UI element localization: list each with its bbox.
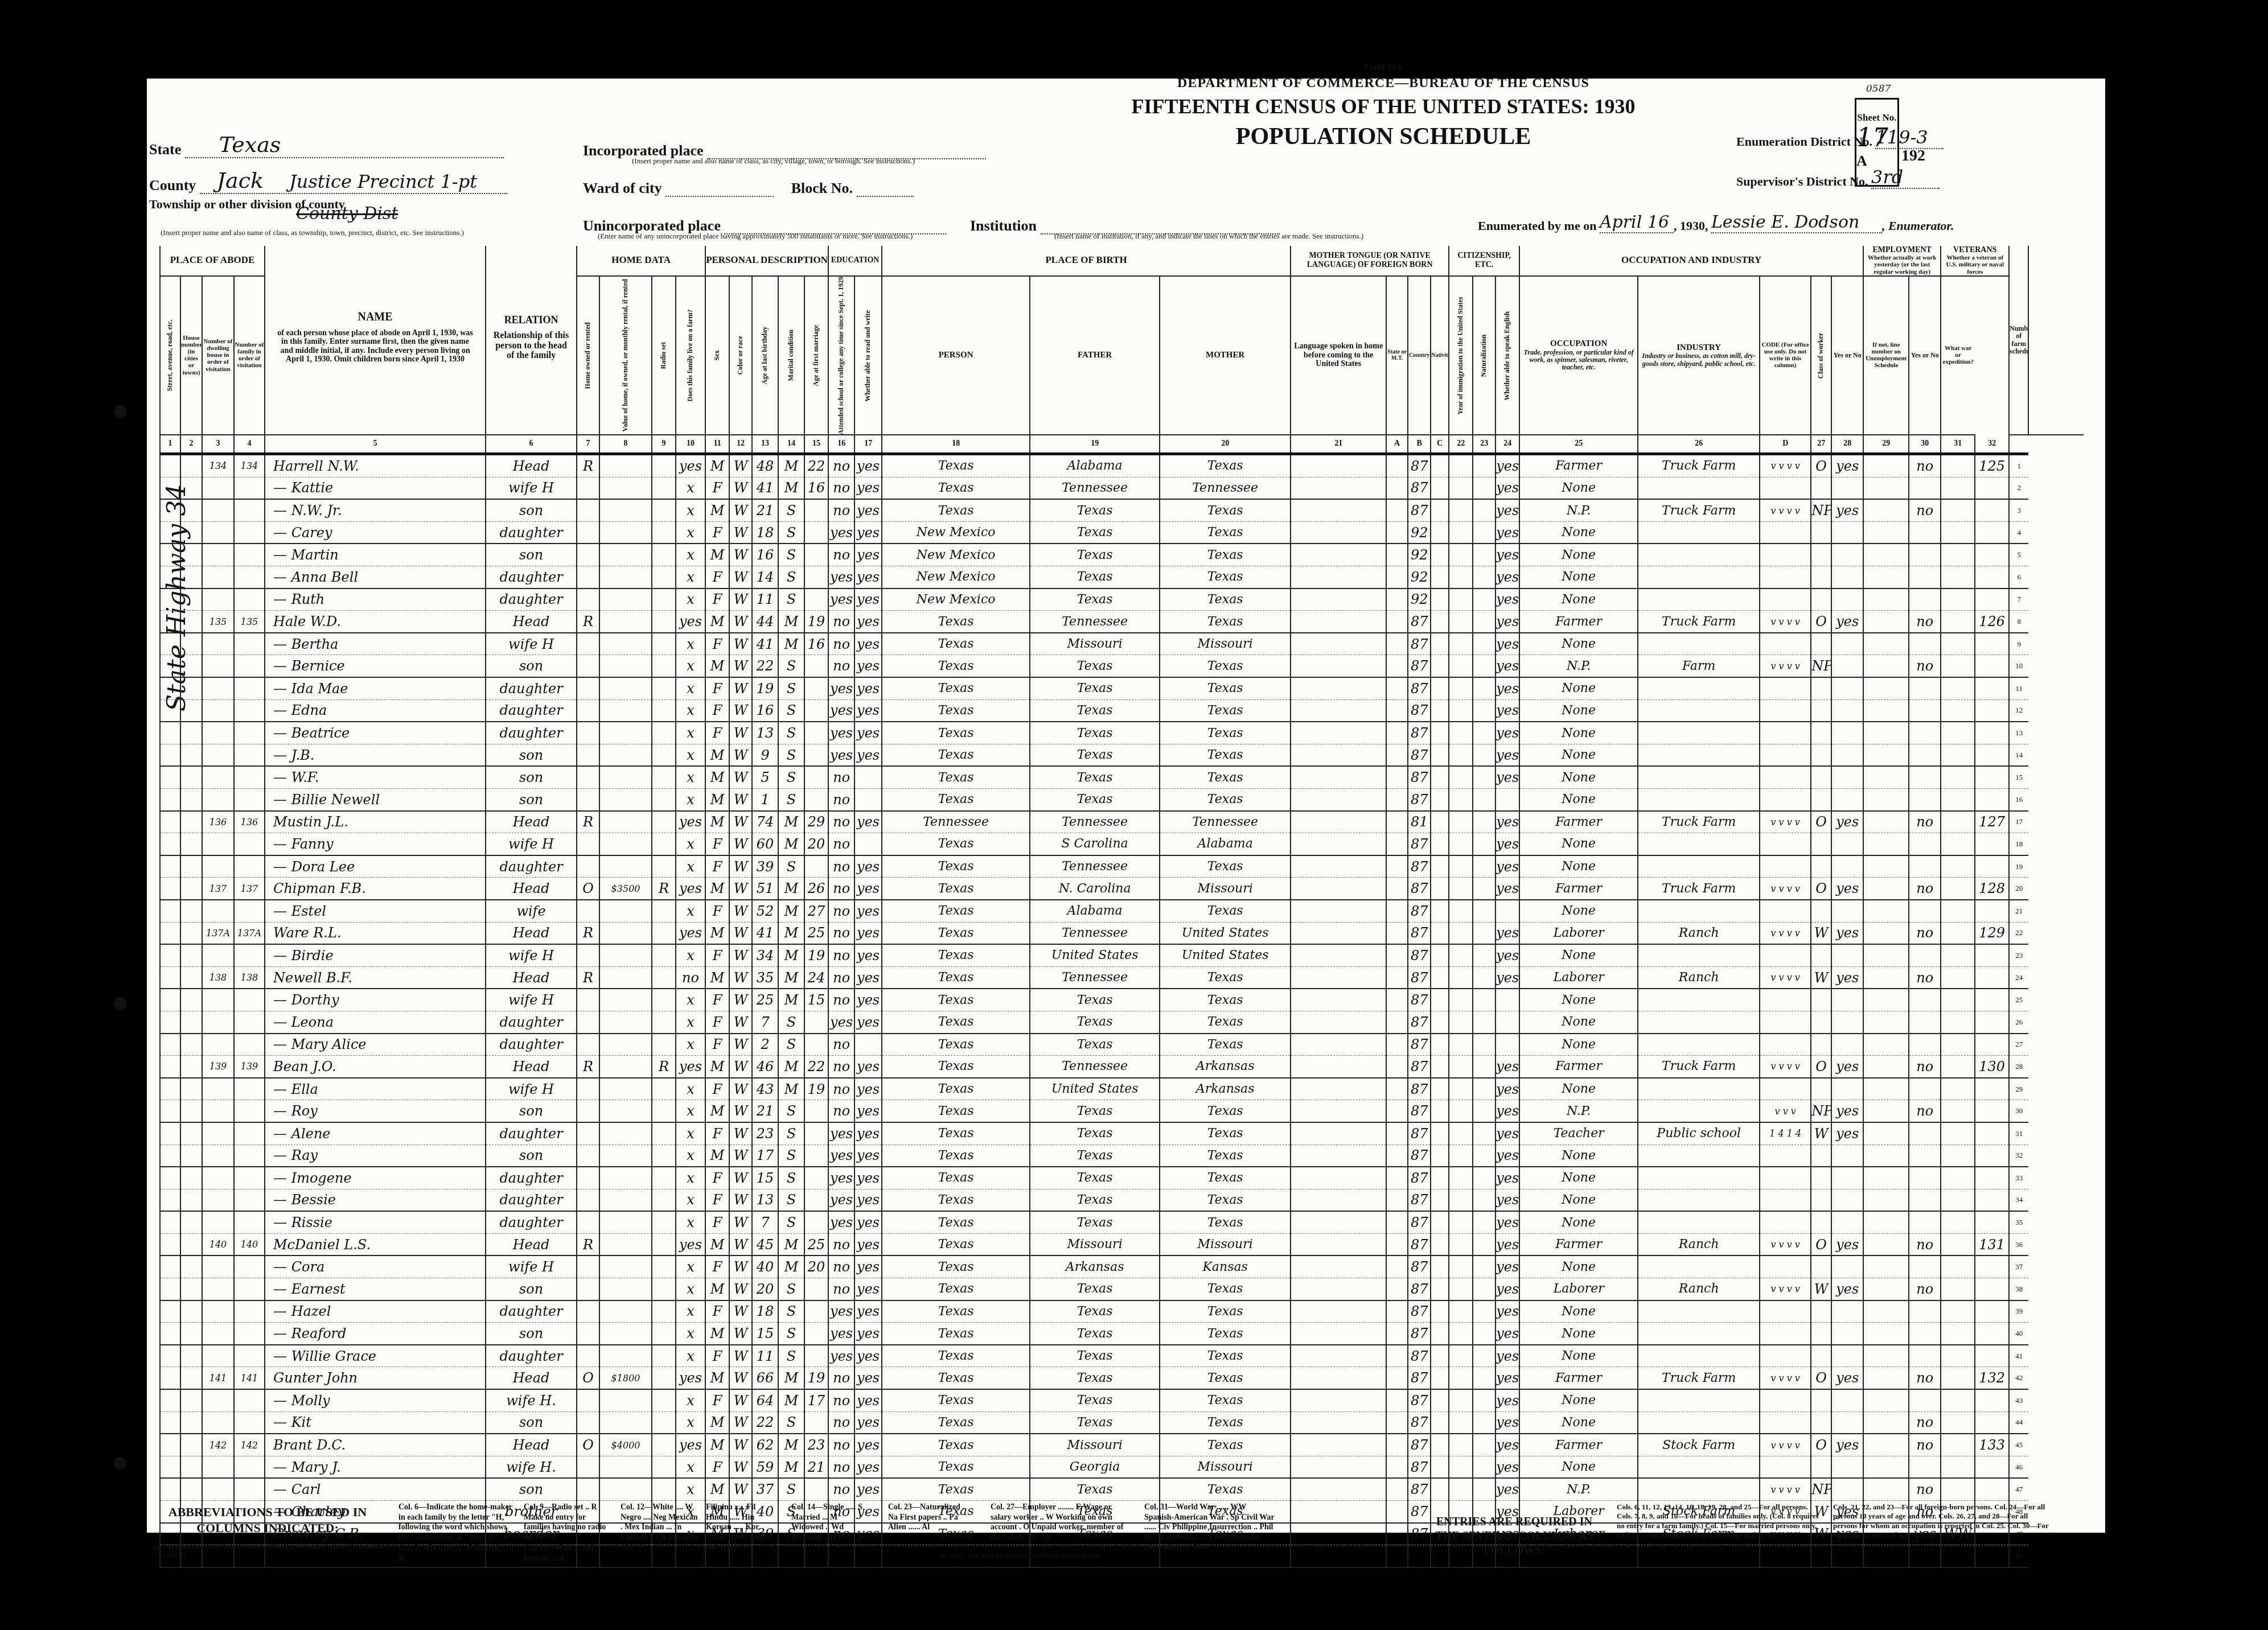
at-work-cell [1831, 833, 1863, 855]
farm-schedule-cell [1975, 633, 2009, 655]
father-birthplace-cell: Texas [1030, 699, 1160, 722]
marital-cell: M [778, 966, 804, 989]
immigration-cell [1449, 588, 1473, 611]
class-worker-cell [1811, 833, 1831, 855]
farm-cell: yes [676, 922, 705, 944]
unemployment-cell [1863, 1122, 1909, 1145]
farm-schedule-cell [1975, 833, 2009, 855]
unemployment-cell [1863, 633, 1909, 655]
birthplace-cell: Texas [882, 855, 1030, 878]
census-rows: 134134Harrell N.W.HeadRyesMW48M22noyesTe… [160, 454, 2084, 1567]
naturalization-cell [1473, 966, 1495, 989]
naturalization-cell [1473, 1434, 1495, 1456]
father-birthplace-cell: Tennessee [1030, 477, 1160, 499]
unemployment-cell [1863, 1411, 1909, 1434]
mother-birthplace-cell: Arkansas [1160, 1078, 1291, 1100]
unemployment-cell [1863, 1345, 1909, 1367]
marital-cell: M [778, 633, 804, 655]
family-number-cell [234, 477, 265, 499]
relation-cell: wife H [486, 633, 577, 655]
dwelling-number-cell [202, 833, 234, 855]
birthplace-cell: Texas [882, 499, 1030, 521]
census-row: — HazeldaughterxFW18SyesyesTexasTexasTex… [160, 1300, 2084, 1323]
home-owned-cell: O [577, 1367, 599, 1389]
home-value-cell [599, 789, 652, 811]
school-cell: no [828, 989, 854, 1011]
home-value-cell [599, 499, 652, 521]
school-cell: yes [828, 1323, 854, 1345]
farm-schedule-cell [1975, 1345, 2009, 1367]
street-cell [160, 1478, 180, 1500]
line-number: 35 [2009, 1211, 2028, 1233]
home-owned-cell [577, 544, 599, 566]
marital-cell: M [778, 1367, 804, 1389]
race-cell: W [729, 588, 752, 611]
home-owned-cell [577, 789, 599, 811]
father-birthplace-cell: Texas [1030, 1345, 1160, 1367]
group-mother-tongue: MOTHER TONGUE (OR NATIVE LANGUAGE) OF FO… [1291, 246, 1449, 276]
radio-cell [652, 544, 676, 566]
family-number-cell [234, 566, 265, 588]
age-cell: 25 [752, 989, 778, 1011]
veteran-cell [1909, 521, 1941, 544]
name-cell: — Earnest [265, 1278, 486, 1300]
industry-cell [1638, 1300, 1760, 1323]
street-cell [160, 611, 180, 633]
family-number-cell [234, 1100, 265, 1122]
name-cell: — Roy [265, 1100, 486, 1122]
age-at-marriage-cell [804, 1034, 828, 1056]
farm-schedule-cell [1975, 544, 2009, 566]
at-work-cell [1831, 722, 1863, 744]
name-cell: — Reaford [265, 1323, 486, 1345]
mother-birthplace-cell: Texas [1160, 1323, 1291, 1345]
dwelling-number-cell: 136 [202, 811, 234, 833]
farm-schedule-cell [1975, 1278, 2009, 1300]
language-cell [1291, 655, 1386, 677]
war-cell [1941, 1078, 1975, 1100]
code-d-cell [1760, 1456, 1811, 1478]
speak-english-cell: yes [1495, 811, 1519, 833]
sex-cell: F [705, 722, 729, 744]
age-cell: 52 [752, 900, 778, 922]
age-cell: 11 [752, 1345, 778, 1367]
age-at-marriage-cell: 26 [804, 878, 828, 900]
code-d-cell [1760, 588, 1811, 611]
code-d-cell [1760, 900, 1811, 922]
age-cell: 59 [752, 1456, 778, 1478]
code-a-cell [1386, 900, 1408, 922]
street-cell [160, 966, 180, 989]
veteran-cell [1909, 1211, 1941, 1233]
census-row: — MartinsonxMW16SnoyesNew MexicoTexasTex… [160, 544, 2084, 566]
code-c-cell [1431, 989, 1449, 1011]
col-code-b-header: Country [1408, 276, 1431, 435]
farm-schedule-cell [1975, 1011, 2009, 1033]
family-number-cell [234, 1456, 265, 1478]
occupation-cell: None [1519, 1411, 1638, 1434]
war-cell [1941, 789, 1975, 811]
mother-birthplace-cell: Missouri [1160, 633, 1291, 655]
at-work-cell [1831, 989, 1863, 1011]
street-cell [160, 1456, 180, 1478]
code-d-cell: v v v v [1760, 1478, 1811, 1500]
code-a-cell [1386, 833, 1408, 855]
code-d-cell: v v v v [1760, 611, 1811, 633]
house-number-cell [180, 699, 202, 722]
at-work-cell: yes [1831, 1434, 1863, 1456]
radio-cell [652, 1256, 676, 1278]
age-cell: 41 [752, 477, 778, 499]
farm-cell: x [676, 1100, 705, 1122]
sex-cell: F [705, 699, 729, 722]
home-value-cell [599, 566, 652, 588]
industry-cell [1638, 1189, 1760, 1211]
census-row: 141141Gunter JohnHeadO$1800yesMW66M19noy… [160, 1367, 2084, 1389]
father-birthplace-cell: Texas [1030, 989, 1160, 1011]
language-cell [1291, 922, 1386, 944]
code-c-cell [1431, 1345, 1449, 1367]
language-cell [1291, 944, 1386, 966]
code-c-cell [1431, 1323, 1449, 1345]
farm-schedule-cell: 129 [1975, 922, 2009, 944]
immigration-cell [1449, 1389, 1473, 1411]
group-veterans: VETERANSWhether a veteran of U.S. milita… [1941, 246, 2009, 276]
class-worker-cell: O [1811, 1434, 1831, 1456]
census-row: — Dora LeedaughterxFW39SnoyesTexasTennes… [160, 855, 2084, 878]
code-a-cell [1386, 1078, 1408, 1100]
house-number-cell [180, 1478, 202, 1500]
veteran-cell [1909, 566, 1941, 588]
home-value-cell [599, 1233, 652, 1256]
naturalization-cell [1473, 944, 1495, 966]
farm-schedule-cell [1975, 588, 2009, 611]
col-read-write-header: Whether able to read and write [854, 276, 882, 435]
age-cell: 5 [752, 766, 778, 788]
code-b-cell: 87 [1408, 1145, 1431, 1167]
code-a-cell [1386, 789, 1408, 811]
code-c-cell [1431, 1256, 1449, 1278]
form-number: Form 15-6 [1070, 63, 1696, 72]
class-worker-cell [1811, 855, 1831, 878]
age-cell: 21 [752, 1100, 778, 1122]
house-number-cell [180, 1034, 202, 1056]
at-work-cell [1831, 677, 1863, 699]
col-birth-person-header: PERSON [882, 276, 1030, 435]
read-write-cell [854, 1034, 882, 1056]
race-cell: W [729, 1411, 752, 1434]
house-number-cell [180, 766, 202, 788]
age-cell: 17 [752, 1145, 778, 1167]
language-cell [1291, 966, 1386, 989]
race-cell: W [729, 1233, 752, 1256]
marital-cell: S [778, 566, 804, 588]
unemployment-cell [1863, 1323, 1909, 1345]
race-cell: W [729, 611, 752, 633]
sheet-side: A [1856, 153, 1867, 169]
farm-cell: x [676, 1389, 705, 1411]
language-cell [1291, 477, 1386, 499]
code-c-cell [1431, 744, 1449, 766]
immigration-cell [1449, 744, 1473, 766]
mother-birthplace-cell: Texas [1160, 454, 1291, 478]
language-cell [1291, 1434, 1386, 1456]
veteran-cell: no [1909, 1056, 1941, 1078]
group-home-data: HOME DATA [577, 246, 705, 276]
marital-cell: M [778, 1434, 804, 1456]
speak-english-cell: yes [1495, 1278, 1519, 1300]
family-number-cell [234, 1145, 265, 1167]
sex-cell: F [705, 1078, 729, 1100]
farm-cell: x [676, 1478, 705, 1500]
column-number: 9 [652, 435, 676, 454]
birthplace-cell: Texas [882, 1011, 1030, 1033]
code-c-cell [1431, 1478, 1449, 1500]
industry-cell [1638, 1478, 1760, 1500]
relation-cell: son [486, 544, 577, 566]
street-cell [160, 588, 180, 611]
street-cell [160, 454, 180, 478]
line-number: 18 [2009, 833, 2028, 855]
marital-cell: S [778, 699, 804, 722]
mother-birthplace-cell: Texas [1160, 1345, 1291, 1367]
race-cell: W [729, 477, 752, 499]
read-write-cell: yes [854, 1011, 882, 1033]
unemployment-cell [1863, 1300, 1909, 1323]
line-number: 12 [2009, 699, 2028, 722]
dwelling-number-cell [202, 566, 234, 588]
school-cell: no [828, 1434, 854, 1456]
unemployment-cell [1863, 1100, 1909, 1122]
family-number-cell [234, 1323, 265, 1345]
radio-cell [652, 633, 676, 655]
read-write-cell: yes [854, 1167, 882, 1189]
class-worker-cell: O [1811, 811, 1831, 833]
class-worker-cell [1811, 1345, 1831, 1367]
sex-cell: F [705, 1211, 729, 1233]
industry-cell [1638, 566, 1760, 588]
industry-cell [1638, 789, 1760, 811]
school-cell: no [828, 499, 854, 521]
code-a-cell [1386, 766, 1408, 788]
unemployment-cell [1863, 1011, 1909, 1033]
war-cell [1941, 989, 1975, 1011]
at-work-cell [1831, 1345, 1863, 1367]
name-cell: — Bertha [265, 633, 486, 655]
age-cell: 62 [752, 1434, 778, 1456]
farm-schedule-cell [1975, 1456, 2009, 1478]
relation-cell: daughter [486, 1034, 577, 1056]
home-owned-cell: O [577, 1434, 599, 1456]
birthplace-cell: Texas [882, 633, 1030, 655]
occupation-cell: None [1519, 1300, 1638, 1323]
immigration-cell [1449, 1011, 1473, 1033]
family-number-cell [234, 855, 265, 878]
age-cell: 13 [752, 1189, 778, 1211]
immigration-cell [1449, 1345, 1473, 1367]
street-cell [160, 1389, 180, 1411]
birthplace-cell: Texas [882, 1456, 1030, 1478]
code-a-cell [1386, 1256, 1408, 1278]
unemployment-cell [1863, 989, 1909, 1011]
father-birthplace-cell: Texas [1030, 1122, 1160, 1145]
school-cell: yes [828, 1122, 854, 1145]
veteran-cell [1909, 633, 1941, 655]
code-a-cell [1386, 1056, 1408, 1078]
sex-cell: F [705, 477, 729, 499]
war-cell [1941, 1011, 1975, 1033]
column-number: 14 [778, 435, 804, 454]
census-row: 138138Newell B.F.HeadRnoMW35M24noyesTexa… [160, 966, 2084, 989]
industry-cell: Stock Farm [1638, 1434, 1760, 1456]
language-cell [1291, 544, 1386, 566]
school-cell [828, 1545, 854, 1567]
dwelling-number-cell [202, 499, 234, 521]
speak-english-cell: yes [1495, 611, 1519, 633]
marital-cell: S [778, 766, 804, 788]
abbreviations-title: ABBREVIATIONS TO BE USED IN COLUMNS INDI… [154, 1504, 381, 1536]
sex-cell: M [705, 1145, 729, 1167]
code-d-cell: v v v v [1760, 922, 1811, 944]
code-c-cell [1431, 900, 1449, 922]
code-c-cell [1431, 499, 1449, 521]
code-d-cell [1760, 722, 1811, 744]
col-code-c-header: Nativity [1431, 276, 1449, 435]
house-number-cell [180, 521, 202, 544]
relation-cell: Head [486, 1233, 577, 1256]
immigration-cell [1449, 1211, 1473, 1233]
language-cell [1291, 454, 1386, 478]
line-number: 15 [2009, 766, 2028, 788]
code-b-cell: 87 [1408, 1211, 1431, 1233]
father-birthplace-cell: Texas [1030, 544, 1160, 566]
language-cell [1291, 677, 1386, 699]
age-cell: 2 [752, 1034, 778, 1056]
street-cell [160, 722, 180, 744]
at-work-cell [1831, 566, 1863, 588]
birthplace-cell: Texas [882, 922, 1030, 944]
immigration-cell [1449, 1122, 1473, 1145]
language-cell [1291, 1011, 1386, 1033]
birthplace-cell: Texas [882, 1078, 1030, 1100]
home-owned-cell [577, 477, 599, 499]
birthplace-cell: Texas [882, 611, 1030, 633]
immigration-cell [1449, 1434, 1473, 1456]
township-struck-value: County Dist [296, 204, 398, 224]
father-birthplace-cell: Tennessee [1030, 922, 1160, 944]
code-c-cell [1431, 1367, 1449, 1389]
at-work-cell [1831, 900, 1863, 922]
census-row: 137A137AWare R.L.HeadRyesMW41M25noyesTex… [160, 922, 2084, 944]
farm-schedule-cell [1975, 1300, 2009, 1323]
column-number: 7 [577, 435, 599, 454]
census-row: — RissiedaughterxFW7SyesyesTexasTexasTex… [160, 1211, 2084, 1233]
class-worker-cell: NP [1811, 499, 1831, 521]
form-title-block: Form 15-6 DEPARTMENT OF COMMERCE—BUREAU … [1070, 63, 1696, 150]
read-write-cell: yes [854, 544, 882, 566]
speak-english-cell: yes [1495, 833, 1519, 855]
ward-field: Ward of city Block No. [583, 180, 914, 197]
war-cell [1941, 766, 1975, 788]
relation-cell: son [486, 1323, 577, 1345]
class-worker-cell [1811, 677, 1831, 699]
immigration-cell [1449, 966, 1473, 989]
age-cell: 43 [752, 1078, 778, 1100]
street-cell [160, 1011, 180, 1033]
age-at-marriage-cell [804, 677, 828, 699]
farm-cell: x [676, 1456, 705, 1478]
mother-birthplace-cell: Texas [1160, 966, 1291, 989]
code-a-cell [1386, 1278, 1408, 1300]
name-cell: Chipman F.B. [265, 878, 486, 900]
column-number: 29 [1863, 435, 1909, 454]
home-value-cell: $4000 [599, 1434, 652, 1456]
code-a-cell [1386, 1300, 1408, 1323]
read-write-cell: yes [854, 1078, 882, 1100]
radio-cell [652, 521, 676, 544]
home-owned-cell [577, 1478, 599, 1500]
school-cell: no [828, 1078, 854, 1100]
house-number-cell [180, 1411, 202, 1434]
read-write-cell: yes [854, 989, 882, 1011]
home-value-cell [599, 922, 652, 944]
relation-cell: son [486, 744, 577, 766]
name-cell: — Anna Bell [265, 566, 486, 588]
code-a-cell [1386, 1167, 1408, 1189]
occupation-cell: None [1519, 677, 1638, 699]
home-value-cell [599, 900, 652, 922]
speak-english-cell: yes [1495, 454, 1519, 478]
industry-cell [1638, 1011, 1760, 1033]
naturalization-cell [1473, 1345, 1495, 1367]
age-cell: 23 [752, 1122, 778, 1145]
school-cell: no [828, 1456, 854, 1478]
veteran-cell: no [1909, 1411, 1941, 1434]
sex-cell: F [705, 989, 729, 1011]
birthplace-cell: Texas [882, 677, 1030, 699]
code-c-cell [1431, 766, 1449, 788]
at-work-cell [1831, 1145, 1863, 1167]
father-birthplace-cell: Tennessee [1030, 611, 1160, 633]
code-c-cell [1431, 1034, 1449, 1056]
naturalization-cell [1473, 922, 1495, 944]
column-number: 3 [202, 435, 234, 454]
home-owned-cell [577, 1256, 599, 1278]
family-number-cell: 141 [234, 1367, 265, 1389]
entries-required-1: Cols. 6, 11, 12, 13, 14, 16, 18, 19, 20,… [1617, 1503, 1822, 1540]
birthplace-cell: Texas [882, 1367, 1030, 1389]
radio-cell [652, 1323, 676, 1345]
war-cell [1941, 699, 1975, 722]
class-worker-cell [1811, 766, 1831, 788]
immigration-cell [1449, 922, 1473, 944]
unemployment-cell [1863, 499, 1909, 521]
language-cell [1291, 1078, 1386, 1100]
speak-english-cell: yes [1495, 1211, 1519, 1233]
naturalization-cell [1473, 789, 1495, 811]
mother-birthplace-cell: Texas [1160, 499, 1291, 521]
code-b-cell: 87 [1408, 1011, 1431, 1033]
age-at-marriage-cell: 23 [804, 1434, 828, 1456]
father-birthplace-cell: Tennessee [1030, 966, 1160, 989]
code-b-cell: 87 [1408, 611, 1431, 633]
house-number-cell [180, 722, 202, 744]
family-number-cell [234, 521, 265, 544]
house-number-cell [180, 1233, 202, 1256]
race-cell: W [729, 1145, 752, 1167]
farm-cell: x [676, 1411, 705, 1434]
read-write-cell: yes [854, 566, 882, 588]
